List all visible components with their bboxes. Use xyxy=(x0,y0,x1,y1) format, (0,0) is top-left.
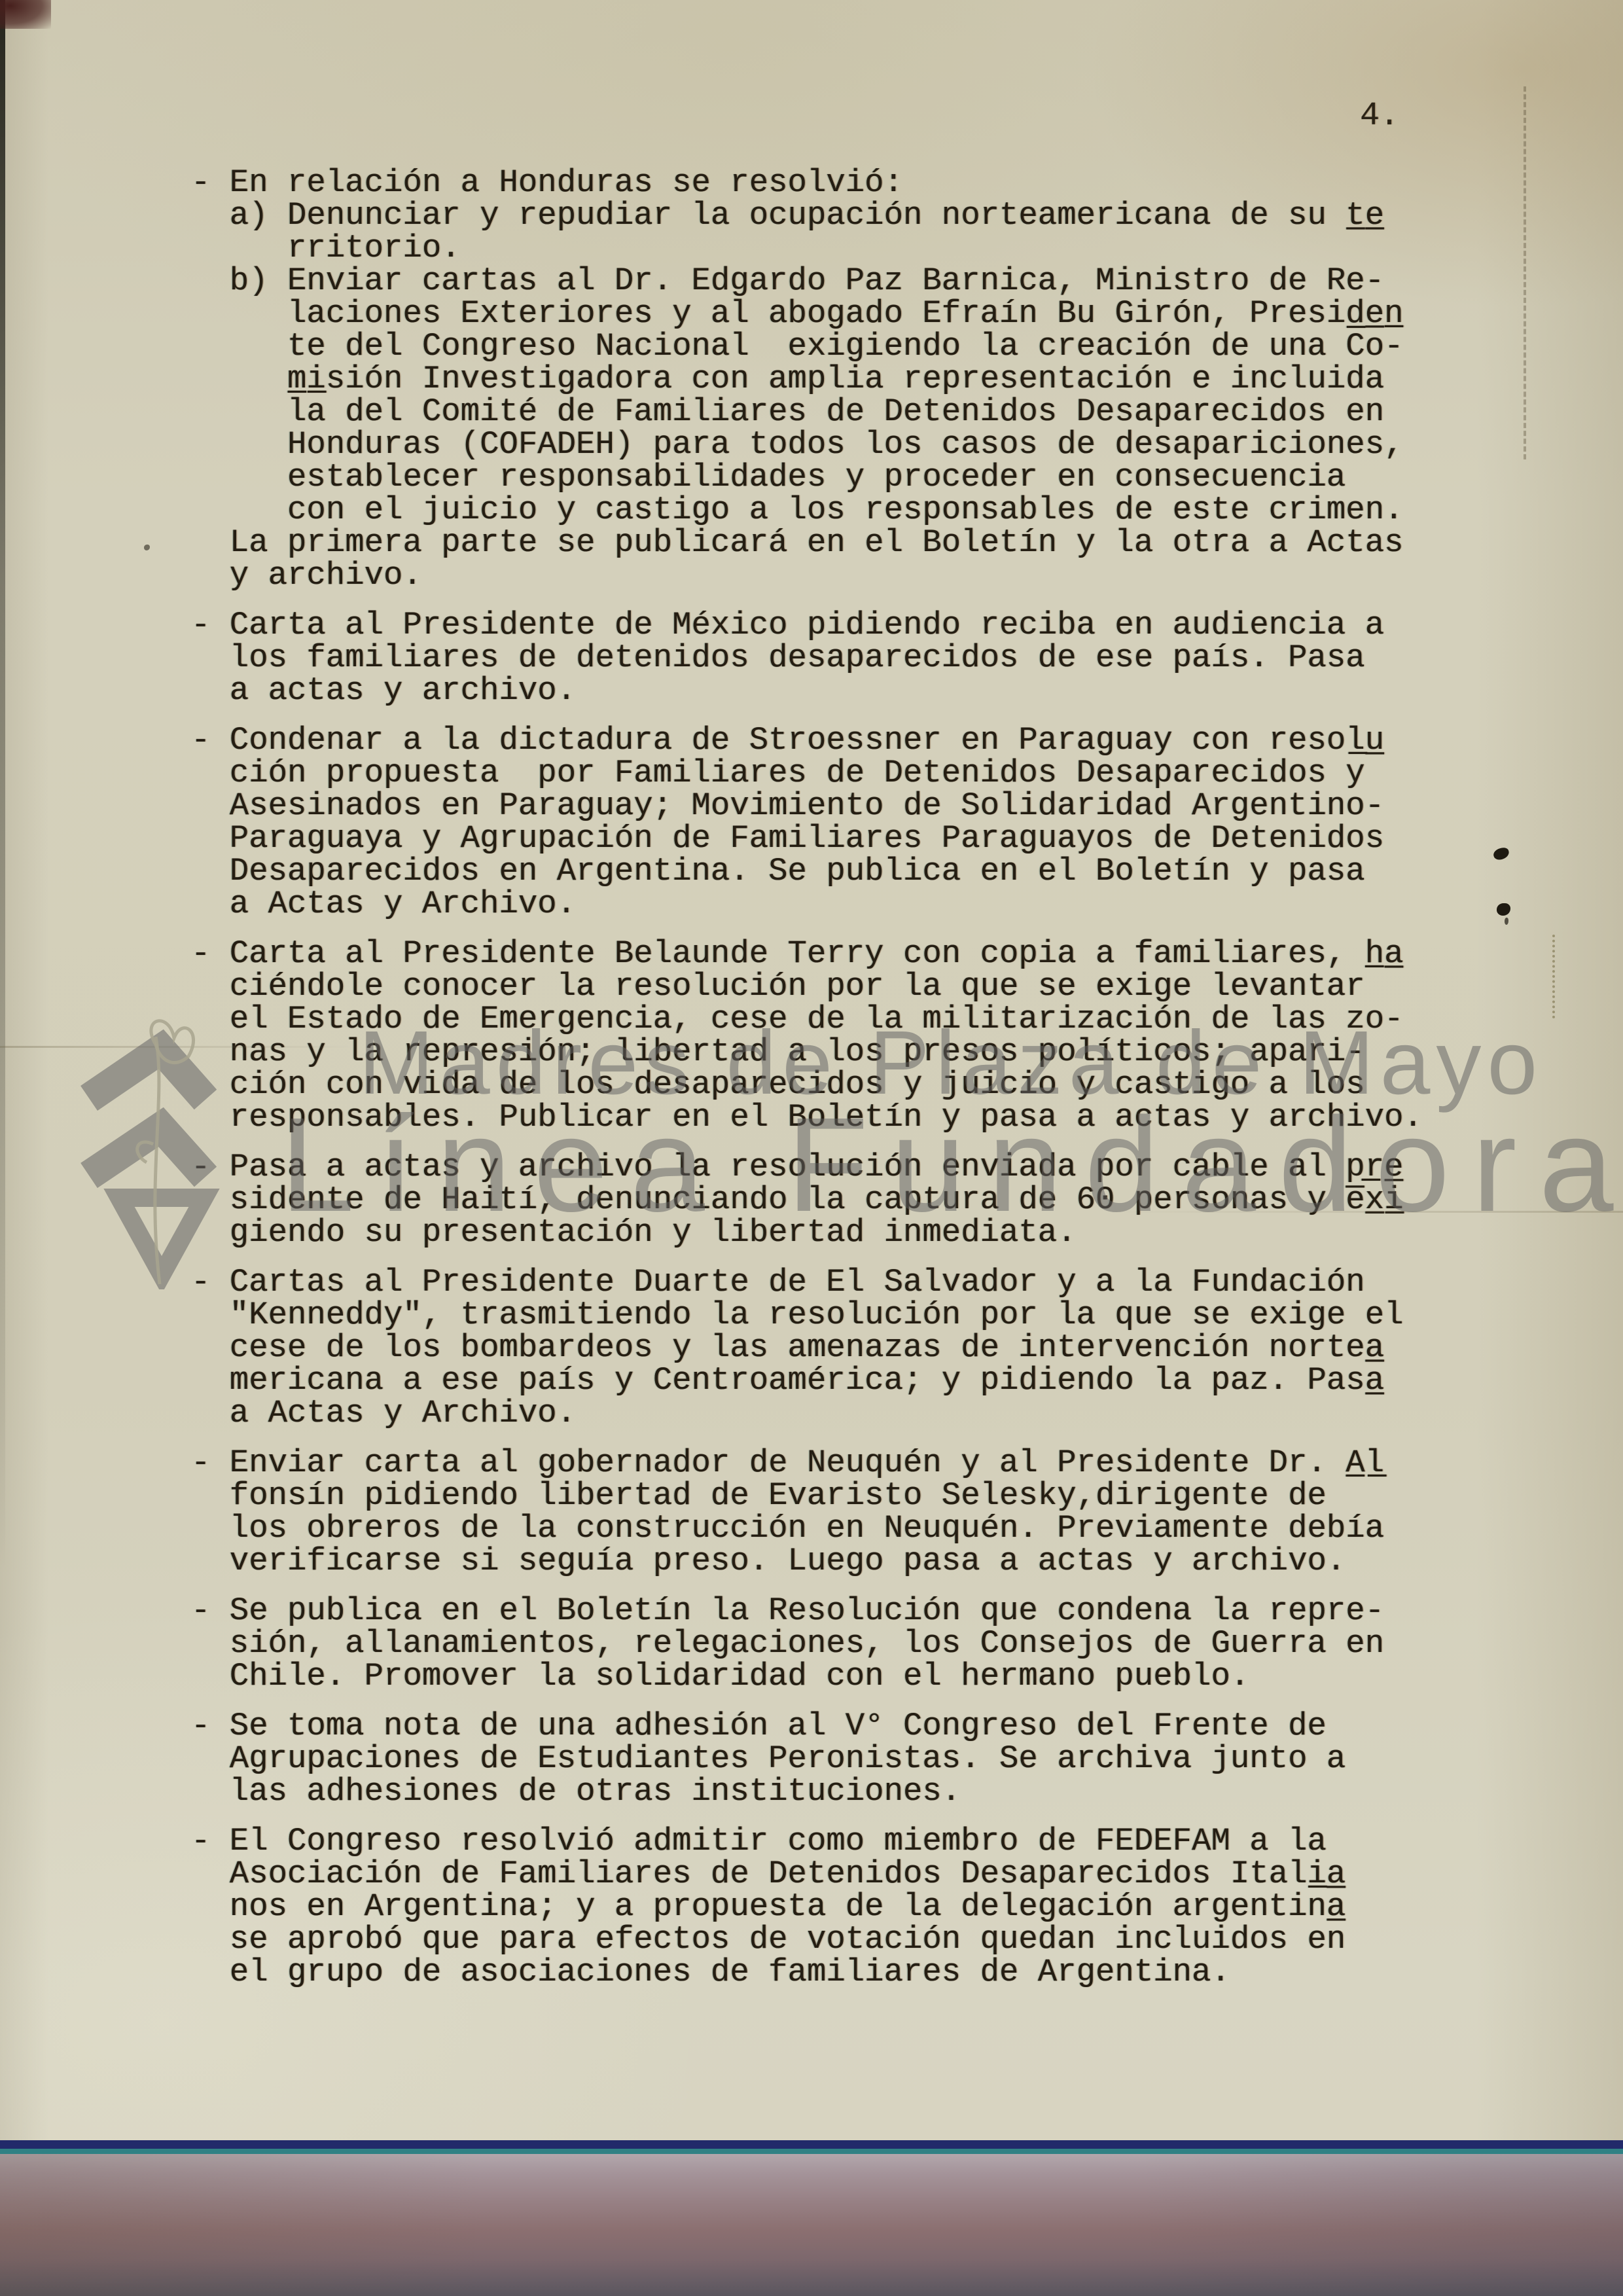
text-line: - Carta al Presidente de México pidiendo… xyxy=(191,609,1423,641)
text-line: los familiares de detenidos desaparecido… xyxy=(191,641,1423,674)
text-line: - Enviar carta al gobernador de Neuquén … xyxy=(191,1446,1423,1479)
text-line: - Se publica en el Boletín la Resolución… xyxy=(191,1594,1423,1627)
text-line: m̲i̲sión Investigadora con amplia repres… xyxy=(191,363,1423,395)
paragraph: - El Congreso resolvió admitir como miem… xyxy=(191,1825,1423,1988)
paragraph: - Se publica en el Boletín la Resolución… xyxy=(191,1594,1423,1693)
paragraph: - Pasa a actas y archivo la resolución e… xyxy=(191,1151,1423,1249)
text-line: Agrupaciones de Estudiantes Peronistas. … xyxy=(191,1742,1423,1775)
text-line: ción con vida de los desaparecidos y jui… xyxy=(191,1068,1423,1101)
text-line: mericana a ese país y Centroamérica; y p… xyxy=(191,1364,1423,1397)
text-line: Paraguaya y Agrupación de Familiares Par… xyxy=(191,822,1423,855)
text-line: - Carta al Presidente Belaunde Terry con… xyxy=(191,937,1423,970)
text-line: cese de los bombardeos y las amenazas de… xyxy=(191,1331,1423,1364)
scanner-band-teal-line xyxy=(0,2149,1623,2154)
flower-outline xyxy=(137,1021,194,1284)
text-line: Desaparecidos en Argentina. Se publica e… xyxy=(191,855,1423,888)
text-line: los obreros de la construcción en Neuqué… xyxy=(191,1512,1423,1545)
text-line: rritorio. xyxy=(191,232,1423,264)
text-line: sión, allanamientos, relegaciones, los C… xyxy=(191,1627,1423,1660)
text-line: - Condenar a la dictadura de Stroessner … xyxy=(191,724,1423,757)
text-line: a actas y archivo. xyxy=(191,674,1423,707)
text-line: - En relación a Honduras se resolvió: xyxy=(191,166,1423,199)
ink-speck xyxy=(1505,918,1508,925)
text-line: Asociación de Familiares de Detenidos De… xyxy=(191,1857,1423,1890)
scan-corner-stain xyxy=(0,0,51,29)
paragraph: - Cartas al Presidente Duarte de El Salv… xyxy=(191,1266,1423,1429)
ink-speck xyxy=(1497,903,1510,916)
scanner-band-navy-line xyxy=(0,2140,1623,2149)
paragraph: - Carta al Presidente de México pidiendo… xyxy=(191,609,1423,707)
text-line: - Cartas al Presidente Duarte de El Salv… xyxy=(191,1266,1423,1299)
paragraph: - Condenar a la dictadura de Stroessner … xyxy=(191,724,1423,920)
text-line: ciéndole conocer la resolución por la qu… xyxy=(191,970,1423,1003)
text-line: verificarse si seguía preso. Luego pasa … xyxy=(191,1545,1423,1577)
text-line: "Kenneddy", trasmitiendo la resolución p… xyxy=(191,1299,1423,1331)
text-line: La primera parte se publicará en el Bole… xyxy=(191,526,1423,559)
text-line: establecer responsabilidades y proceder … xyxy=(191,461,1423,493)
scanner-edge-band xyxy=(0,2140,1623,2296)
text-line: - El Congreso resolvió admitir como miem… xyxy=(191,1825,1423,1857)
document-body: - En relación a Honduras se resolvió: a)… xyxy=(191,166,1423,2005)
scanner-band-gradient xyxy=(0,2154,1623,2296)
fold-crease-horizontal-right xyxy=(1106,1211,1623,1213)
ink-speck xyxy=(144,545,150,550)
paragraph: - Se toma nota de una adhesión al V° Con… xyxy=(191,1710,1423,1808)
text-line: Asesinados en Paraguay; Movimiento de So… xyxy=(191,789,1423,822)
paragraph: - En relación a Honduras se resolvió: a)… xyxy=(191,166,1423,592)
text-line: - Se toma nota de una adhesión al V° Con… xyxy=(191,1710,1423,1742)
text-line: la del Comité de Familiares de Detenidos… xyxy=(191,395,1423,428)
scanned-document-page: 4. - En relación a Honduras se resolvió:… xyxy=(0,0,1623,2296)
text-line: el grupo de asociaciones de familiares d… xyxy=(191,1956,1423,1988)
text-line: Honduras (COFADEH) para todos los casos … xyxy=(191,428,1423,461)
text-line: se aprobó que para efectos de votación q… xyxy=(191,1923,1423,1956)
text-line: - Pasa a actas y archivo la resolución e… xyxy=(191,1151,1423,1183)
text-line: b) Enviar cartas al Dr. Edgardo Paz Barn… xyxy=(191,264,1423,297)
text-line: nas y la represión; libertad a los preso… xyxy=(191,1035,1423,1068)
text-line: Chile. Promover la solidaridad con el he… xyxy=(191,1660,1423,1693)
text-line: fonsín pidiendo libertad de Evaristo Sel… xyxy=(191,1479,1423,1512)
text-line: te del Congreso Nacional exigiendo la cr… xyxy=(191,330,1423,363)
fold-crease-horizontal-left xyxy=(0,1046,353,1048)
text-line: el Estado de Emergencia, cese de la mili… xyxy=(191,1003,1423,1035)
text-line: las adhesiones de otras instituciones. xyxy=(191,1775,1423,1808)
fold-crease-vertical-short xyxy=(1552,935,1555,1018)
text-line: a) Denunciar y repudiar la ocupación nor… xyxy=(191,199,1423,232)
text-line: responsables. Publicar en el Boletín y p… xyxy=(191,1101,1423,1134)
text-line: ción propuesta por Familiares de Detenid… xyxy=(191,757,1423,789)
text-line: a Actas y Archivo. xyxy=(191,1397,1423,1429)
text-line: con el juicio y castigo a los responsabl… xyxy=(191,493,1423,526)
paragraph: - Enviar carta al gobernador de Neuquén … xyxy=(191,1446,1423,1577)
text-line: y archivo. xyxy=(191,559,1423,592)
paragraph: - Carta al Presidente Belaunde Terry con… xyxy=(191,937,1423,1134)
text-line: nos en Argentina; y a propuesta de la de… xyxy=(191,1890,1423,1923)
text-line: a Actas y Archivo. xyxy=(191,888,1423,920)
scan-left-edge-shadow xyxy=(0,0,5,1653)
text-line: laciones Exteriores y al abogado Efraín … xyxy=(191,297,1423,330)
page-number: 4. xyxy=(1360,99,1399,134)
ink-speck xyxy=(1492,846,1510,861)
text-line: giendo su presentación y libertad inmedi… xyxy=(191,1216,1423,1249)
fold-crease-vertical xyxy=(1524,86,1526,459)
